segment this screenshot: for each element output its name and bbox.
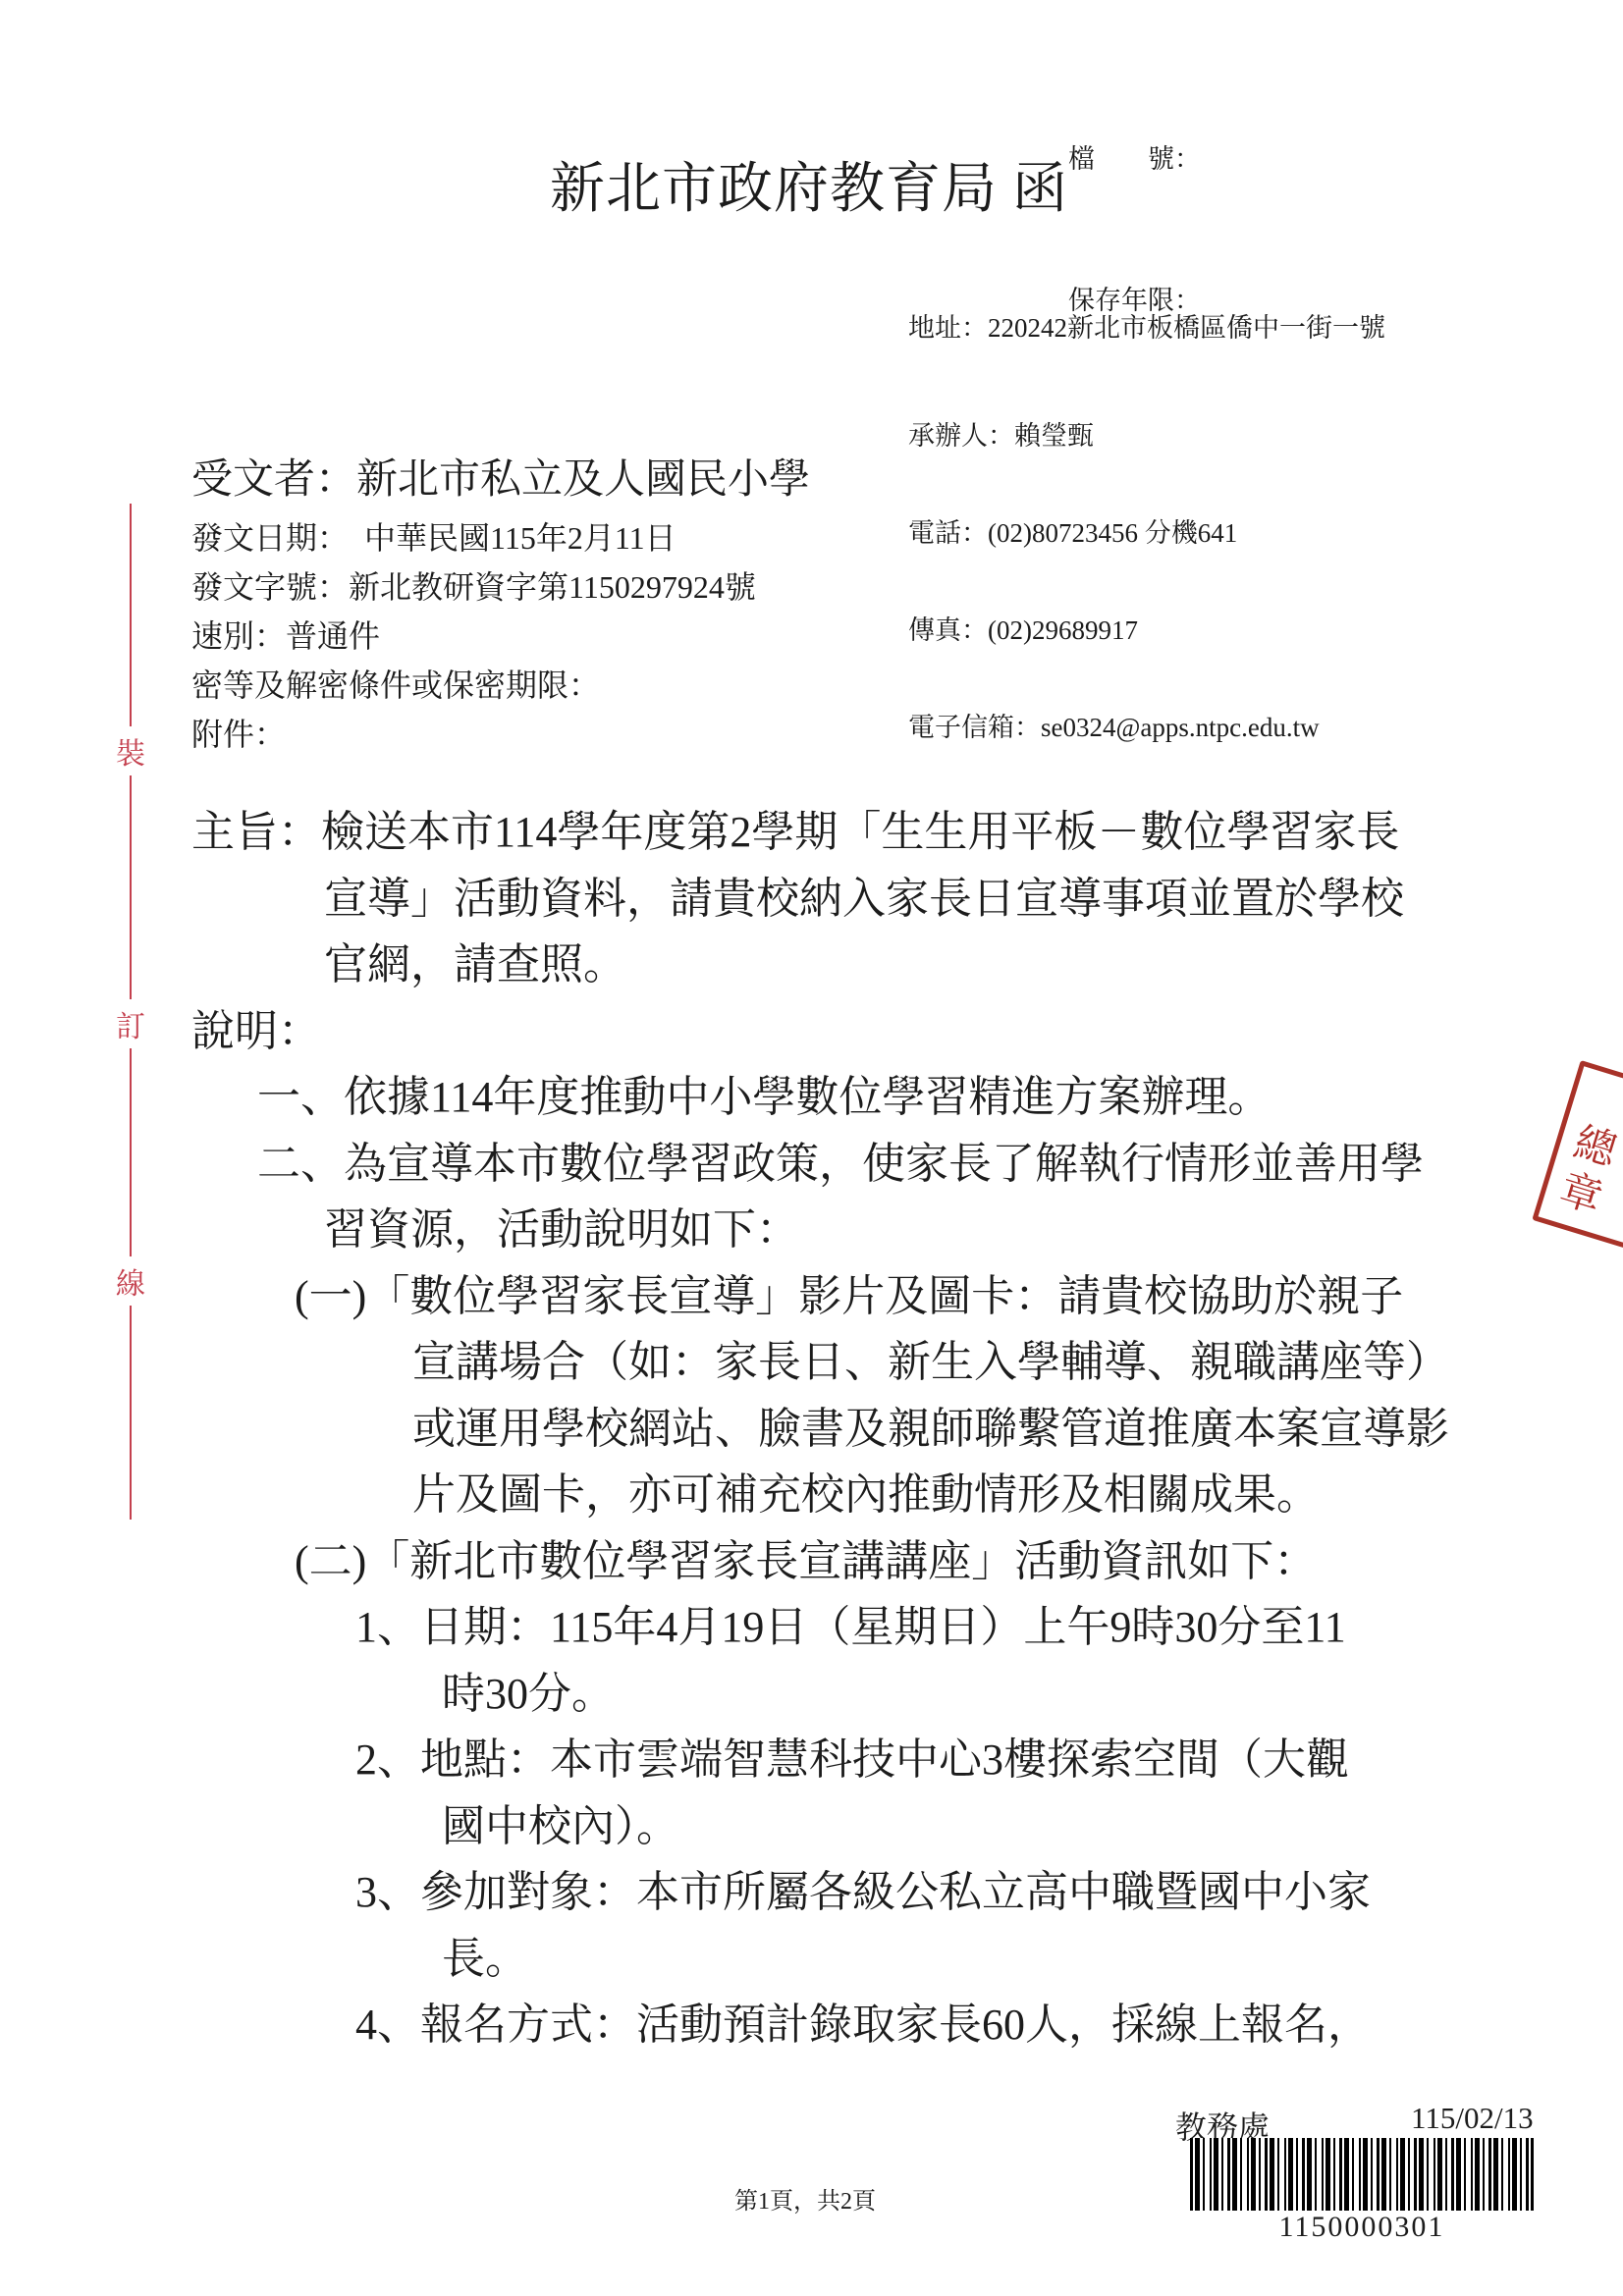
- body-line: (一)「數位學習家長宣導」影片及圖卡：請貴校協助於親子: [0, 1263, 1623, 1330]
- body-line: 時30分。: [0, 1661, 1623, 1728]
- body-line: 宣講場合（如：家長日、新生入學輔導、親職講座等）: [0, 1329, 1623, 1396]
- body-line: 4、報名方式：活動預計錄取家長60人，採線上報名，: [0, 1992, 1623, 2058]
- footer-date: 115/02/13: [1411, 2101, 1534, 2136]
- contact-person: 承辦人：賴瑩甄: [908, 420, 1385, 453]
- meta-line: 附件：: [191, 710, 756, 759]
- body-line: 1、日期：115年4月19日（星期日）上午9時30分至11: [0, 1594, 1623, 1661]
- body-line: 宣導」活動資料，請貴校納入家長日宣導事項並置於學校: [0, 866, 1623, 933]
- barcode-number: 1150000301: [1190, 2211, 1534, 2244]
- meta-line: 發文日期： 中華民國115年2月11日: [191, 513, 756, 562]
- stamp-text: 總章: [1546, 1117, 1622, 1225]
- body-line: 片及圖卡，亦可補充校內推動情形及相關成果。: [0, 1462, 1623, 1528]
- body-line: 官網，請查照。: [0, 932, 1623, 998]
- meta-block: 發文日期： 中華民國115年2月11日發文字號：新北教研資字第115029792…: [191, 513, 756, 759]
- body-line: 主旨：檢送本市114學年度第2學期「生生用平板－數位學習家長: [0, 799, 1623, 866]
- document-title: 新北市政府教育局 函: [550, 145, 1068, 224]
- body-line: 二、為宣導本市數位學習政策，使家長了解執行情形並善用學: [0, 1131, 1623, 1198]
- body-line: (二)「新北市數位學習家長宣講講座」活動資訊如下：: [0, 1528, 1623, 1595]
- meta-line: 密等及解密條件或保密期限：: [191, 661, 756, 710]
- body-line: 國中校內）。: [0, 1793, 1623, 1860]
- file-number-label: 檔 號：: [1068, 135, 1201, 183]
- barcode: [1190, 2138, 1534, 2211]
- meta-line: 速別：普通件: [191, 612, 756, 661]
- page-indicator: 第1頁，共2頁: [734, 2181, 876, 2216]
- body-block: 主旨：檢送本市114學年度第2學期「生生用平板－數位學習家長宣導」活動資料，請貴…: [0, 799, 1623, 2058]
- body-line: 或運用學校網站、臉書及親師聯繫管道推廣本案宣導影: [0, 1396, 1623, 1463]
- body-line: 3、參加對象：本市所屬各級公私立高中職暨國中小家: [0, 1859, 1623, 1926]
- document-page: 檔 號： 保存年限： 新北市政府教育局 函 地址：220242新北市板橋區僑中一…: [0, 0, 1623, 2296]
- body-line: 習資源，活動說明如下：: [0, 1197, 1623, 1263]
- contact-phone: 電話：(02)80723456 分機641: [908, 517, 1385, 550]
- body-line: 說明：: [0, 998, 1623, 1065]
- binding-mark: 裝: [115, 726, 146, 775]
- body-line: 一、依據114年度推動中小學數位學習精進方案辦理。: [0, 1064, 1623, 1131]
- contact-block: 地址：220242新北市板橋區僑中一街一號 承辦人：賴瑩甄 電話：(02)807…: [908, 247, 1385, 809]
- meta-line: 發文字號：新北教研資字第1150297924號: [191, 562, 756, 612]
- contact-email: 電子信箱：se0324@apps.ntpc.edu.tw: [908, 712, 1385, 744]
- contact-fax: 傳真：(02)29689917: [908, 614, 1385, 647]
- contact-address: 地址：220242新北市板橋區僑中一街一號: [908, 312, 1385, 345]
- body-line: 長。: [0, 1926, 1623, 1993]
- recipient-line: 受文者：新北市私立及人國民小學: [191, 447, 810, 506]
- body-line: 2、地點：本市雲端智慧科技中心3樓探索空間（大觀: [0, 1727, 1623, 1793]
